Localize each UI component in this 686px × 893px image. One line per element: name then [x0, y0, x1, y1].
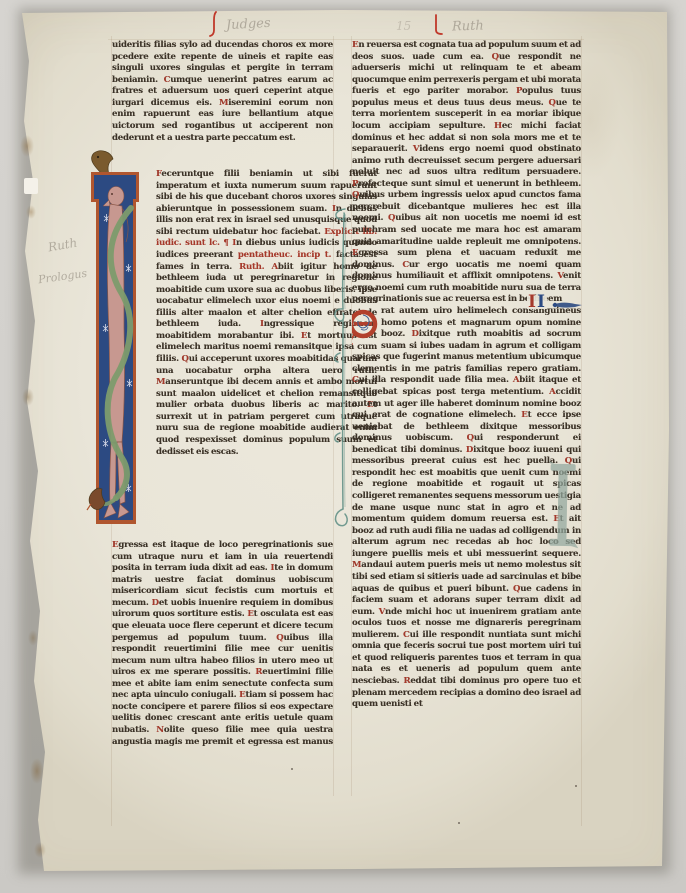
decorated-initial-E — [352, 307, 378, 345]
edge-chip — [24, 178, 38, 194]
edge-stain — [30, 758, 44, 784]
blue-flourish-dash — [551, 299, 585, 311]
pencil-title-judges: Judges — [226, 16, 271, 33]
chapter-marker-II: II — [527, 295, 547, 309]
pencil-faint-numeral: 15 — [396, 19, 411, 33]
speck — [458, 822, 460, 824]
column1-ruth-continues: Egressa est itaque de loco peregrination… — [112, 540, 333, 746]
beast-head-finial — [92, 151, 113, 174]
red-guide-letter-J — [208, 11, 222, 37]
column2-ruth-ch1: En reuersa est cognata tua ad populum su… — [352, 40, 581, 306]
pencil-title-ruth: Ruth — [452, 18, 484, 34]
column2-ruth-ch2-text: rat autem uiro helimelech consanguineus … — [352, 306, 581, 709]
red-guide-letter-R — [433, 14, 445, 36]
edge-stain — [28, 630, 38, 646]
manuscript-photo: { "page": { "description_label": "Manusc… — [0, 0, 686, 893]
speck — [291, 768, 293, 770]
historiated-initial-I — [86, 146, 148, 550]
ruling-line-col2-right — [581, 36, 582, 826]
speck — [575, 785, 577, 787]
margin-capital-I-mark — [547, 460, 581, 553]
teal-penwork-flourish — [328, 203, 354, 537]
